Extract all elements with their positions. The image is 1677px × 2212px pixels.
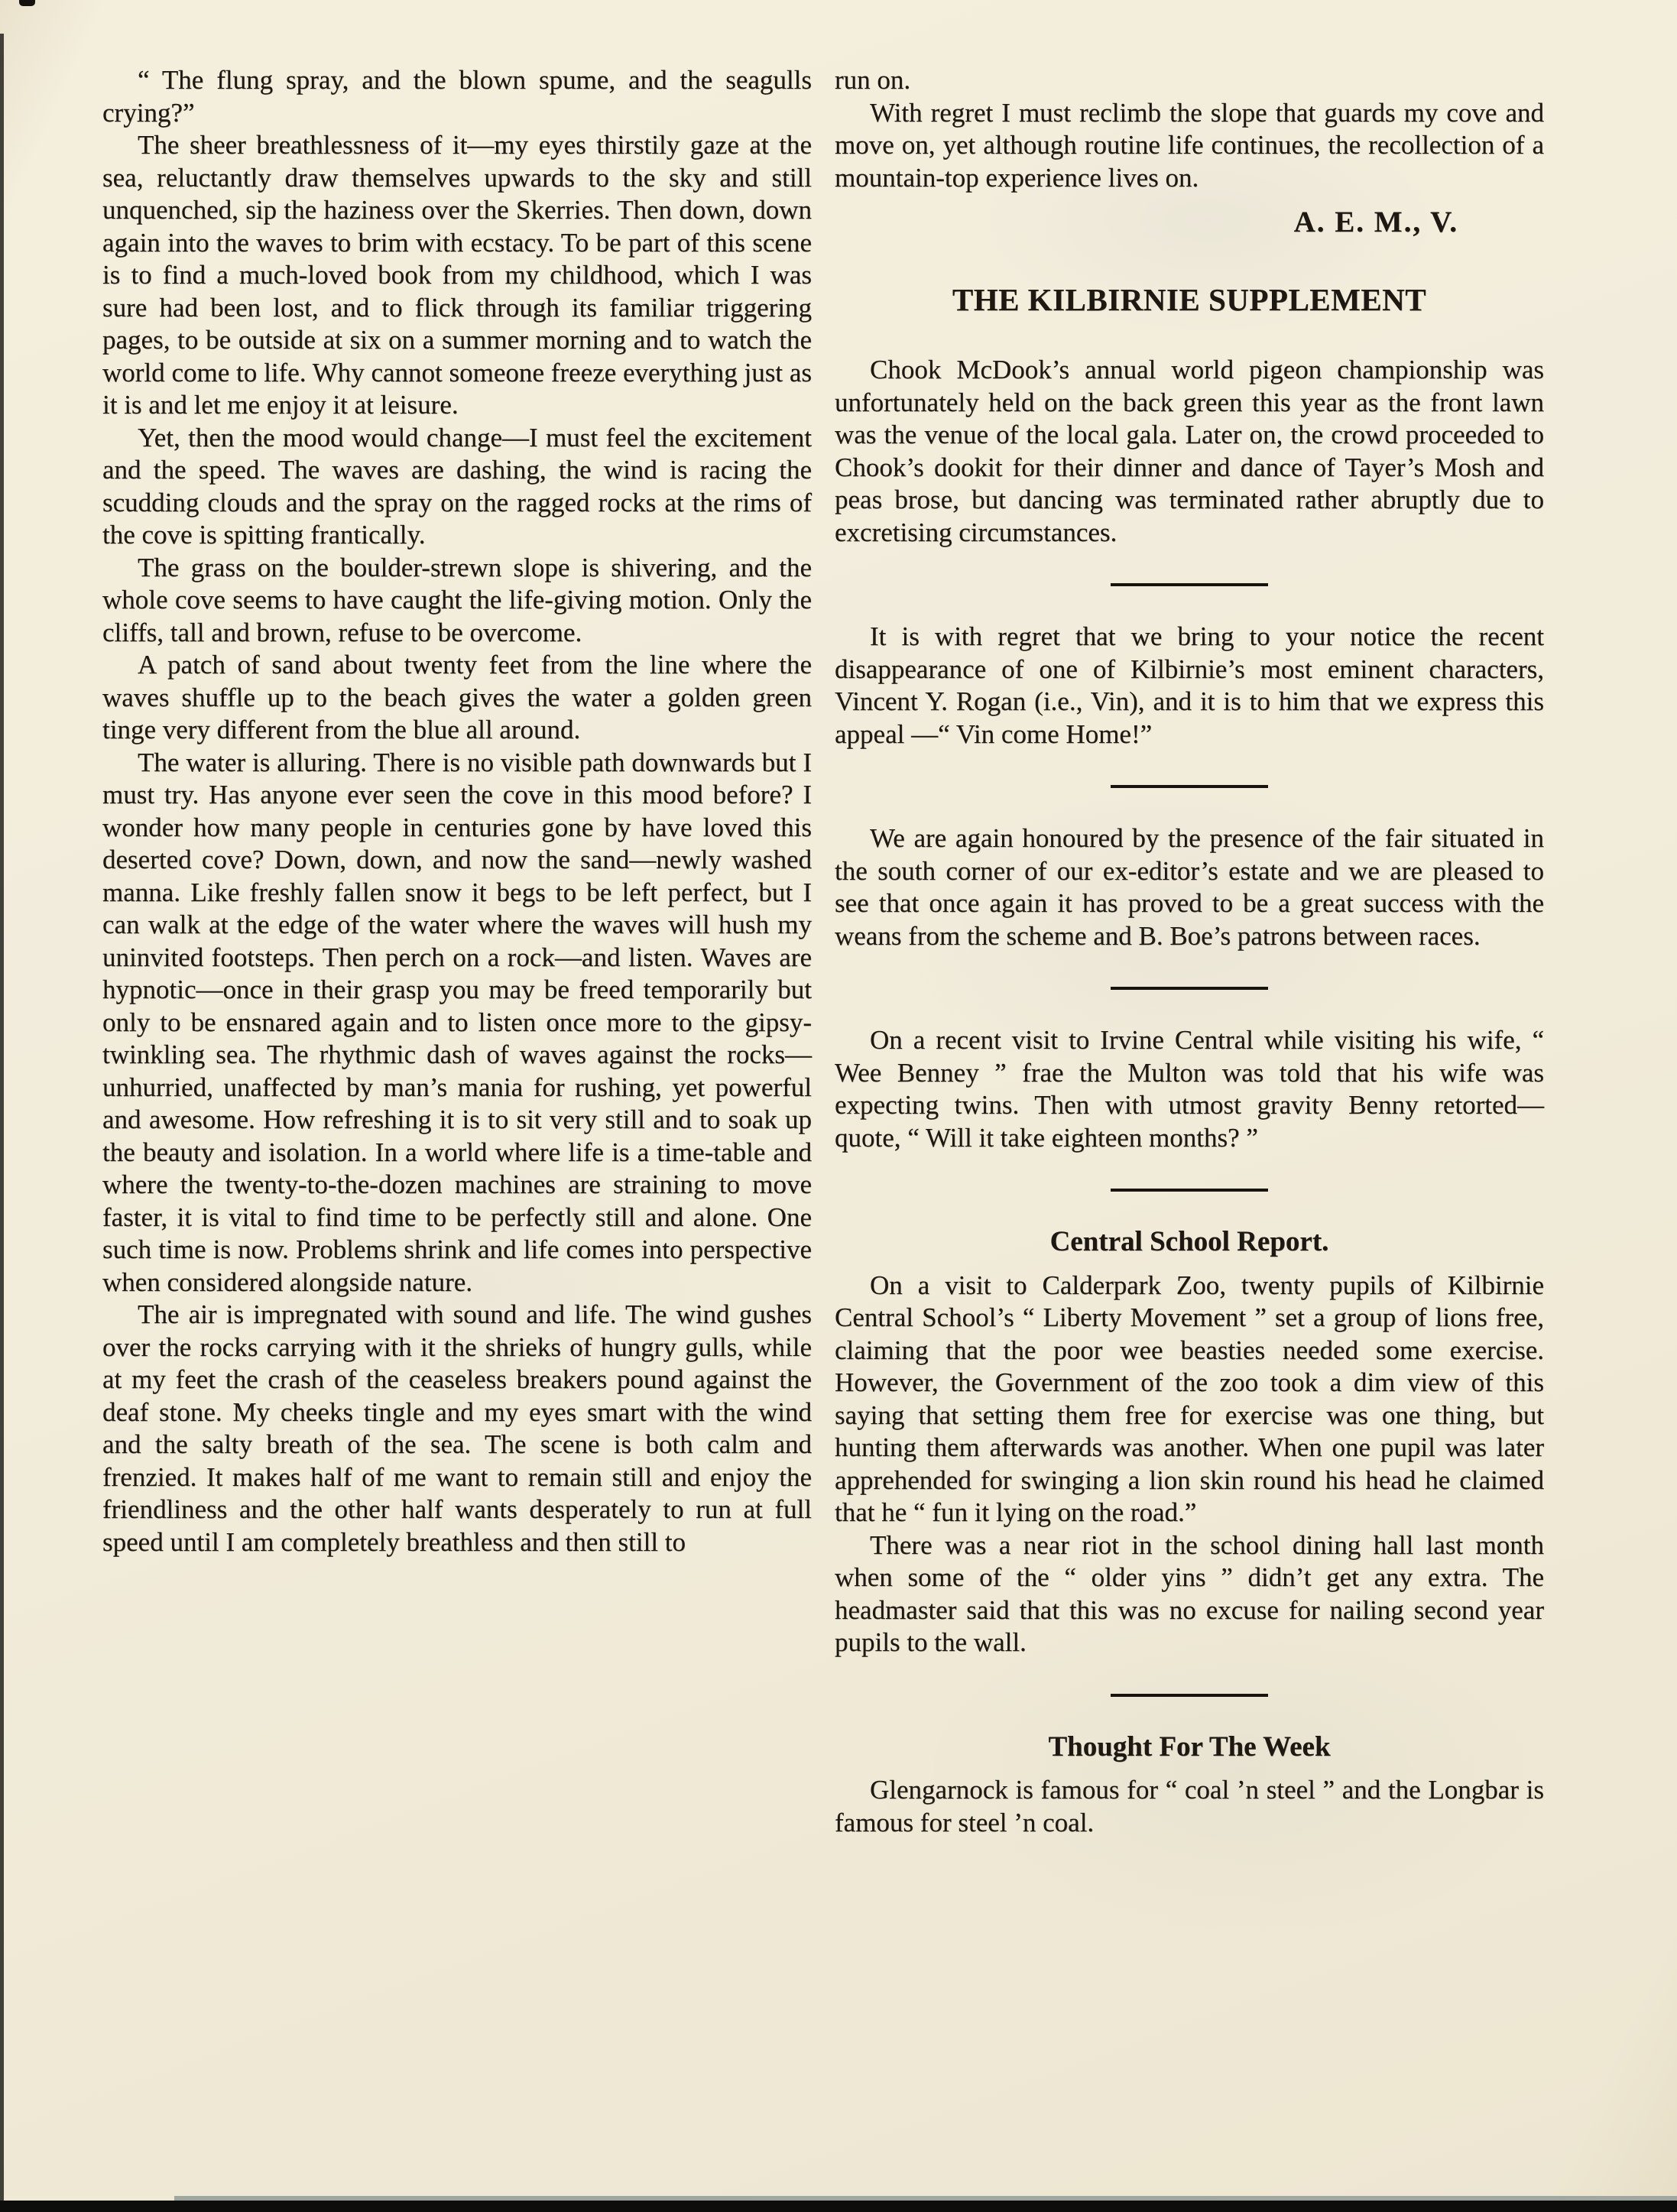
section-divider-rule (1111, 583, 1268, 586)
section-divider-rule (1111, 1189, 1268, 1192)
article-subheading: Thought For The Week (835, 1731, 1544, 1764)
body-paragraph: The water is alluring. There is no visib… (102, 747, 812, 1299)
body-paragraph: A patch of sand about twenty feet from t… (102, 649, 812, 747)
body-paragraph: The sheer breathlessness of it—my eyes t… (102, 129, 812, 422)
body-paragraph: Yet, then the mood would change—I must f… (102, 422, 812, 552)
section-heading: THE KILBIRNIE SUPPLEMENT (835, 284, 1544, 316)
scanned-magazine-page: “ The flung spray, and the blown spume, … (0, 0, 1677, 2212)
body-paragraph: The air is impregnated with sound and li… (102, 1299, 812, 1558)
body-paragraph: Glengarnock is famous for “ coal ’n stee… (835, 1774, 1544, 1839)
body-paragraph: With regret I must reclimb the slope tha… (835, 97, 1544, 195)
body-paragraph: It is with regret that we bring to your … (835, 621, 1544, 751)
body-paragraph: On a recent visit to Irvine Central whil… (835, 1024, 1544, 1154)
section-divider-rule (1111, 987, 1268, 990)
body-paragraph: There was a near riot in the school dini… (835, 1529, 1544, 1659)
section-divider-rule (1111, 785, 1268, 788)
section-divider-rule (1111, 1694, 1268, 1697)
article-subheading: Central School Report. (835, 1226, 1544, 1259)
body-paragraph: run on. (835, 64, 1544, 97)
left-column: “ The flung spray, and the blown spume, … (102, 64, 812, 1558)
scan-left-edge-line (0, 34, 4, 2212)
body-paragraph: “ The flung spray, and the blown spume, … (102, 64, 812, 129)
body-paragraph: On a visit to Calderpark Zoo, twenty pup… (835, 1270, 1544, 1529)
body-paragraph: The grass on the boulder-strewn slope is… (102, 552, 812, 650)
right-column: run on.With regret I must reclimb the sl… (835, 64, 1544, 1839)
body-paragraph: Chook McDook’s annual world pigeon champ… (835, 354, 1544, 549)
scan-corner-mark (19, 0, 35, 6)
body-paragraph: We are again honoured by the presence of… (835, 822, 1544, 952)
author-initials: A. E. M., V. (835, 206, 1458, 239)
scan-bottom-black-band (0, 2201, 1677, 2212)
